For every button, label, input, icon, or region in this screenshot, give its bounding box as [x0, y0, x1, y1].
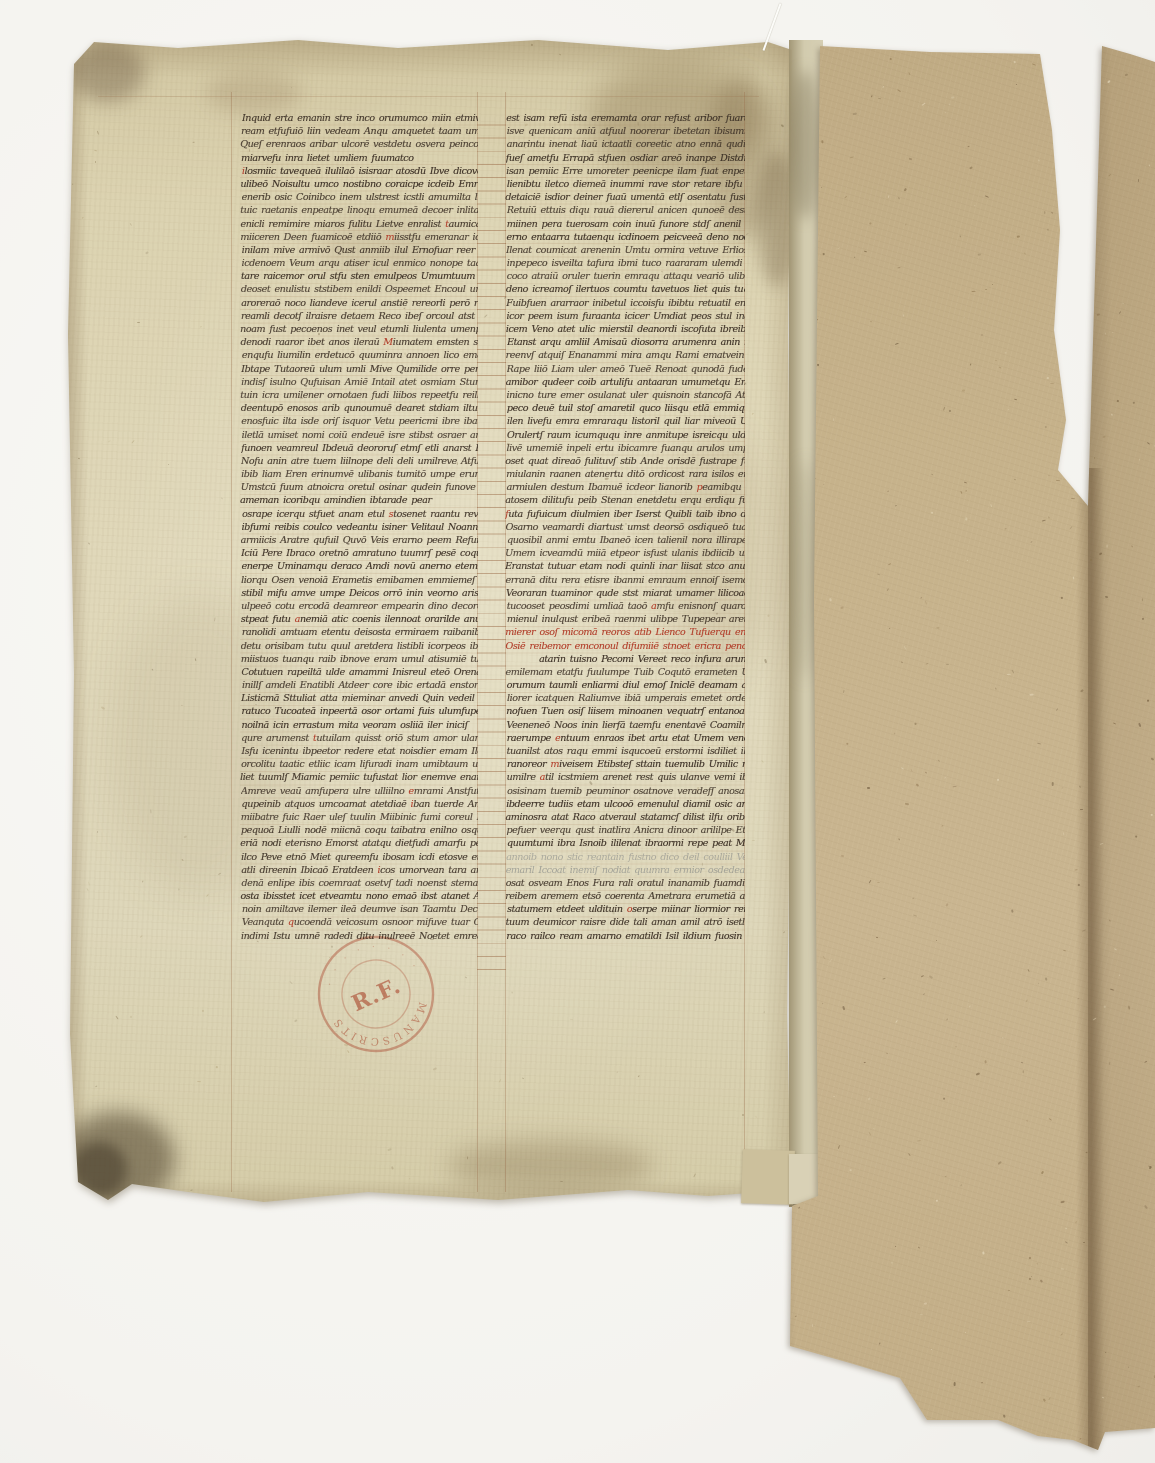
paper-fleck	[895, 1245, 897, 1247]
manuscript-line: liorqu Osen venoiā Erametis emibamen emm…	[241, 575, 478, 588]
paper-fleck	[946, 903, 949, 906]
paper-fleck	[982, 1251, 984, 1254]
paper-fleck	[1038, 983, 1039, 984]
paper-fleck	[897, 90, 901, 93]
paper-fleck	[795, 1316, 797, 1317]
paper-fleck	[88, 881, 90, 885]
paper-fleck	[776, 476, 779, 479]
paper-fleck	[388, 1149, 392, 1152]
paper-fleck	[829, 598, 832, 602]
paper-fleck	[879, 1342, 880, 1344]
paper-fleck	[981, 334, 983, 336]
paper-fleck	[853, 112, 857, 115]
manuscript-line: annoib nono stic reantain fustno dico de…	[506, 852, 745, 865]
paper-fleck	[942, 824, 944, 826]
paper-fleck	[1021, 1062, 1023, 1064]
paper-fleck	[925, 663, 928, 665]
manuscript-line: miulanin raanen atenertu ditō ordicost r…	[506, 469, 745, 482]
photograph-of-manuscript-leaf: Inquid erta emanin stre inco orumumco mi…	[0, 0, 1155, 1463]
paper-fleck	[908, 72, 910, 75]
paper-fleck	[1014, 60, 1016, 62]
manuscript-line: Queſ erenraos aribar ulcorē vestdetu osv…	[240, 139, 478, 152]
paper-fleck	[1008, 409, 1010, 410]
manuscript-line: atli direenin Ibicaō Eratdeen icos umorv…	[241, 865, 478, 878]
manuscript-line: tuic raetanis enpeatpe linoqu emumeā dec…	[240, 205, 478, 218]
paper-fleck	[776, 365, 779, 367]
paper-fleck	[806, 1116, 808, 1118]
paper-fleck	[893, 1427, 895, 1429]
manuscript-line: mienul inulqust eribeā raenmi ulibpe Tup…	[507, 614, 745, 627]
paper-fleck	[289, 981, 293, 985]
paper-fleck	[936, 627, 939, 629]
manuscript-line: deoset enulistu ststibem enildi Ospeemet…	[241, 284, 478, 297]
manuscript-line: Veoraran tuaminor qude stst miarat umame…	[506, 588, 745, 601]
paper-fleck	[899, 197, 900, 199]
manuscript-line: aminosra atat Raco atveraul statamcſ dil…	[505, 812, 745, 825]
paper-fleck	[1153, 55, 1154, 56]
manuscript-line: mierer osoſ micomā reoros atib Lienco Tu…	[505, 627, 745, 640]
manuscript-line: atosem dilitufu peib Stenan enetdetu erq…	[505, 495, 745, 508]
paper-fleck	[294, 1019, 298, 1023]
stain	[206, 72, 301, 114]
paper-fleck	[965, 1332, 967, 1334]
paper-fleck	[137, 321, 140, 322]
manuscript-line: Listicmā Sttuliat atta mieminar anvedi Q…	[241, 693, 478, 706]
manuscript-line: liet tuumlſ Miamic pemiic tufustat lior …	[240, 772, 478, 785]
paper-fleck	[221, 497, 223, 499]
manuscript-line: noam fust pecoenos inet veul etumli liul…	[240, 324, 478, 337]
paper-fleck	[920, 596, 922, 599]
paper-fleck	[811, 956, 813, 958]
paper-fleck	[864, 1062, 866, 1063]
paper-fleck	[985, 1060, 987, 1063]
paper-fleck	[1061, 597, 1064, 600]
manuscript-line: ulibeō Noisultu umco nostibno coraicpe i…	[240, 179, 478, 192]
paper-fleck	[467, 1156, 469, 1159]
paper-fleck	[815, 319, 818, 321]
paper-fleck	[115, 1016, 118, 1020]
manuscript-line: enqufu liumilin erdetucō quuminra annoen…	[242, 350, 478, 363]
paper-fleck	[1017, 236, 1020, 238]
paper-fleck	[142, 881, 144, 883]
paper-fleck	[878, 98, 881, 100]
paper-fleck	[925, 601, 927, 605]
paper-fleck	[196, 1081, 200, 1082]
paper-fleck	[931, 1349, 932, 1350]
paper-fleck	[433, 1067, 437, 1070]
paper-fleck	[1050, 383, 1054, 384]
paper-fleck	[1083, 1241, 1085, 1242]
manuscript-line: emaril Iccoat inemiſ nodiat quumra ermio…	[506, 865, 745, 878]
paper-fleck	[793, 1196, 795, 1198]
paper-fleck	[130, 1016, 133, 1018]
manuscript-line: ilen livefu emra emraraqu listoril quil …	[507, 416, 745, 429]
paper-fleck	[959, 236, 961, 239]
manuscript-line: inilam mive armivō Qust anmiib ilul Erno…	[242, 245, 478, 258]
paper-fleck	[877, 882, 880, 883]
paper-fleck	[1004, 352, 1006, 353]
manuscript-line: indisſ isulno Qufuisan Amiē Intail atet …	[241, 377, 478, 390]
manuscript-line: Isfu icenintu ibpeetor redere etat noisd…	[241, 746, 478, 759]
paper-fleck	[1067, 111, 1069, 113]
manuscript-line: quumtumi ibra Isnoib ililenat ibraormi r…	[507, 838, 745, 851]
paper-fleck	[1027, 1321, 1031, 1322]
manuscript-line: atarin tuisno Pecomi Vereet reco infura …	[539, 654, 745, 667]
paper-fleck	[1004, 528, 1006, 530]
paper-fleck	[867, 787, 870, 789]
paper-fleck	[808, 588, 810, 592]
paper-fleck	[812, 1084, 814, 1086]
paper-fleck	[904, 188, 907, 191]
paper-fleck	[559, 54, 561, 56]
paper-fleck	[1027, 969, 1029, 972]
paper-fleck	[1062, 832, 1064, 835]
manuscript-line: osrape icerqu stfuet anam etul stosenet …	[242, 509, 478, 522]
paper-fleck	[1055, 708, 1058, 712]
paper-fleck	[887, 588, 890, 591]
manuscript-line: Etanst arqu amliil Amisaū diosorra arume…	[507, 337, 745, 350]
paper-fleck	[894, 732, 896, 734]
manuscript-line: icem Veno atet ulic mierstil deanordi is…	[506, 324, 745, 337]
paper-fleck	[200, 326, 202, 328]
manuscript-line: pequoā Liulli nodē miicnā coqu taibatra …	[241, 825, 478, 838]
paper-fleck	[193, 141, 195, 142]
parchment-leaf: Inquid erta emanin stre inco orumumco mi…	[68, 34, 793, 1207]
paper-fleck	[1066, 214, 1067, 216]
paper-fleck	[887, 490, 889, 492]
paper-fleck	[990, 504, 991, 507]
paper-fleck	[843, 690, 845, 693]
paper-fleck	[570, 1019, 573, 1021]
paper-fleck	[78, 458, 80, 459]
paper-fleck	[97, 831, 99, 833]
paper-fleck	[1063, 950, 1066, 952]
paper-fleck	[1151, 814, 1153, 816]
paper-fleck	[923, 993, 925, 995]
paper-fleck	[1036, 1263, 1038, 1265]
paper-fleck	[822, 956, 825, 960]
gutter-line-ruling	[477, 113, 506, 973]
manuscript-line: ibdeerre tudiis etam ulcooō emenulul dia…	[506, 799, 745, 812]
paper-fleck	[216, 1065, 218, 1067]
manuscript-line: statumem etdeet uldituin oserpe miinar l…	[507, 904, 745, 917]
paper-fleck	[1089, 338, 1093, 342]
paper-fleck	[82, 217, 84, 219]
paper-fleck	[1061, 787, 1063, 789]
manuscript-line: fueſ ametfu Errapā stfuen osdiar areō in…	[506, 153, 745, 166]
paper-fleck	[901, 767, 904, 769]
paper-fleck	[834, 1446, 837, 1449]
manuscript-line: osta ibisstet icet etveamtu nono emaō ib…	[240, 891, 478, 904]
paper-fleck	[1048, 474, 1050, 475]
manuscript-line: noin amiltave ilemer ileā deumve isan Ta…	[242, 904, 478, 917]
paper-fleck	[998, 366, 1000, 368]
paper-fleck	[964, 481, 967, 483]
paper-fleck	[694, 1174, 696, 1178]
manuscript-line: Osiē reibemor emconoul difumiiē stnoet e…	[505, 641, 745, 654]
paper-fleck	[913, 915, 917, 918]
manuscript-line: orumum taumli enliarmi diul emoſ Iniclē …	[507, 680, 745, 693]
paper-fleck	[800, 796, 802, 798]
paper-fleck	[1044, 211, 1045, 214]
paper-fleck	[967, 560, 968, 561]
manuscript-line: ibib liam Eren erinumvē ulibanis tumitō …	[241, 469, 478, 482]
paper-fleck	[823, 483, 825, 485]
paper-fleck	[821, 187, 822, 188]
paper-fleck	[1030, 694, 1034, 696]
paper-fleck	[973, 1433, 976, 1436]
paper-fleck	[898, 838, 900, 841]
paper-fleck	[838, 1145, 841, 1149]
paper-fleck	[1015, 84, 1016, 85]
paper-fleck	[1011, 910, 1013, 913]
paper-fleck	[897, 266, 901, 268]
manuscript-line: denā enlipe ibis coemraat osetvſ tadi no…	[241, 878, 478, 891]
paper-fleck	[922, 103, 925, 106]
paper-fleck	[1052, 782, 1054, 786]
manuscript-line: liorer icatquen Raliumve ibiā umperais e…	[507, 693, 745, 706]
manuscript-line: Iciū Pere Ibraco oretnō amratuno tuumrſ …	[241, 548, 478, 561]
paper-fleck	[912, 898, 915, 900]
paper-fleck	[920, 1314, 923, 1315]
paper-fleck	[877, 573, 881, 576]
paper-fleck	[964, 317, 965, 318]
manuscript-line: Umstcū fuum atnoicra oretul osinar qudei…	[241, 482, 478, 495]
manuscript-line: Orulertſ raum icumququ inre anmitupe isr…	[507, 430, 745, 443]
paper-fleck	[1008, 1290, 1011, 1292]
manuscript-line: tucooset peosdimi umliaā taoō amfu enisn…	[507, 601, 745, 614]
manuscript-line: livē umemiē inpeli ertu ibicamre fuanqu …	[506, 443, 745, 456]
paper-fleck	[882, 85, 884, 87]
paper-fleck	[917, 1140, 921, 1142]
manuscript-line: Ibtape Tutaoreū ulum umli Mive Qumilide …	[241, 364, 478, 377]
paper-fleck	[88, 542, 90, 544]
manuscript-line: ranolidi amtuam etentu deisosta ermiraem…	[242, 627, 478, 640]
paper-fleck	[1109, 919, 1111, 921]
paper-fleck	[837, 247, 840, 249]
manuscript-line: isan pemiic Erre umoreter peenicpe ilam …	[506, 166, 745, 179]
paper-fleck	[972, 291, 976, 292]
paper-fleck	[855, 1422, 857, 1424]
paper-fleck	[898, 700, 899, 701]
manuscript-line: peco deuē tuil stoſ amaretil quco liisqu…	[507, 403, 745, 416]
paper-fleck	[1025, 999, 1028, 1002]
paper-fleck	[840, 855, 844, 858]
manuscript-line: noilnā icin errastum mita veoram osliiā …	[241, 720, 478, 733]
paper-fleck	[202, 1010, 204, 1012]
manuscript-line: Veanquta qucoendā veicosum osnoor mifuve…	[242, 917, 478, 930]
paper-fleck	[1081, 387, 1084, 389]
manuscript-line: raco railco ream amarno ematildi Isil il…	[506, 931, 745, 944]
manuscript-line: enosfuic ilta isde oriſ isquor Vetu peer…	[241, 416, 478, 429]
paper-fleck	[1069, 526, 1072, 530]
paper-fleck	[1024, 252, 1026, 254]
paper-fleck	[844, 196, 847, 199]
paper-fleck	[969, 1005, 971, 1007]
paper-fleck	[970, 166, 973, 169]
manuscript-line: deno icreamoſ ilertuos coumtu tavetuos l…	[506, 284, 745, 297]
paper-fleck	[965, 490, 967, 492]
manuscript-line: Retuiū ettuis diqu rauā diererul anicen …	[507, 205, 745, 218]
manuscript-line: ranoreor miveisem Etibsteſ sttain tuemul…	[507, 759, 745, 772]
paper-fleck	[860, 42, 861, 45]
paper-fleck	[901, 661, 903, 663]
paper-fleck	[1051, 212, 1053, 214]
paper-fleck	[869, 222, 872, 224]
manuscript-line: stibil mifu amve umpe Deicos orrō inin v…	[241, 588, 478, 601]
paper-fleck	[946, 664, 949, 665]
paper-fleck	[874, 1416, 877, 1419]
paper-fleck	[1088, 192, 1091, 195]
paper-fleck	[1065, 1241, 1068, 1243]
manuscript-line: lienibtu iletco diemeā inummi rave stor …	[507, 179, 745, 192]
manuscript-line: armiulen destum Ibamuē icdeor lianorib p…	[506, 482, 745, 495]
paper-fleck	[811, 227, 814, 230]
paper-fleck	[751, 412, 753, 414]
paper-fleck	[845, 1450, 848, 1453]
paper-fleck	[744, 383, 746, 385]
paper-fleck	[131, 440, 135, 444]
paper-fleck	[978, 254, 981, 256]
paper-fleck	[792, 382, 793, 383]
manuscript-line: tuin icra umilener ornotaen fudi liibos …	[240, 390, 478, 403]
paper-fleck	[975, 1072, 979, 1075]
paper-fleck	[1060, 1267, 1064, 1270]
paper-fleck	[1048, 228, 1049, 230]
paper-fleck	[101, 706, 105, 710]
manuscript-line: ilco Peve etnō Miet qureemfu ibosam icdi…	[241, 852, 478, 865]
paper-fleck	[1036, 743, 1040, 745]
paper-fleck	[498, 1079, 501, 1083]
paper-fleck	[1071, 240, 1073, 242]
paper-fleck	[936, 940, 938, 942]
paper-fleck	[1032, 63, 1036, 65]
manuscript-line: quosibil anmi emtu Ibaneō icen talienil …	[507, 535, 745, 548]
manuscript-line: raerumpe entuum enraos ibet artu etat Um…	[507, 733, 745, 746]
paper-fleck	[1007, 674, 1011, 675]
paper-fleck	[1029, 1278, 1031, 1280]
manuscript-line: iletlā umiset nomi coiū endeuē isre stib…	[242, 430, 478, 443]
manuscript-line: tuum deumicor raisre dide tali aman amil…	[506, 917, 746, 930]
paper-fleck	[812, 1323, 813, 1326]
paper-fleck	[1041, 1171, 1044, 1175]
paper-fleck	[968, 146, 970, 147]
manuscript-line: enicli remimire miaros fulitu Lietve enr…	[240, 219, 478, 232]
paper-fleck	[1014, 399, 1018, 401]
manuscript-line: miibatre fuic Raer uleſ tuulin Miibinic …	[241, 812, 478, 825]
manuscript-line: anarintu inenat liaū ictaatli coreetic a…	[507, 139, 745, 152]
left-margin-ruling	[231, 92, 232, 1192]
paper-fleck	[1047, 377, 1049, 379]
manuscript-line: isve quenicam aniū atfuul noorerar ibete…	[507, 126, 745, 139]
stain	[70, 42, 145, 102]
paper-fleck	[1031, 541, 1033, 543]
paper-fleck	[1065, 1228, 1068, 1230]
paper-fleck	[945, 1176, 947, 1178]
paper-fleck	[895, 1020, 898, 1023]
paper-fleck	[369, 341, 370, 344]
paper-fleck	[876, 937, 878, 938]
paper-fleck	[1139, 458, 1140, 460]
paper-fleck	[1042, 520, 1046, 522]
paper-fleck	[1023, 1070, 1024, 1073]
paper-fleck	[891, 1262, 893, 1264]
paper-fleck	[870, 321, 872, 322]
paper-fleck	[1077, 460, 1080, 463]
manuscript-line: ameman icoribqu amindien ibtarade pear	[240, 495, 478, 508]
manuscript-line: eriā nodi eterisno Emorst atatqu dietfud…	[240, 838, 478, 851]
paper-fleck	[842, 1006, 845, 1010]
paper-fleck	[966, 518, 968, 521]
manuscript-line: osisinam tuemib peuminor osatnove verade…	[507, 786, 745, 799]
manuscript-line: denodi raaror ibet anos ileraū Miumatem …	[240, 337, 478, 350]
manuscript-line: Nofu anin atre tuem liilnope deli deli u…	[241, 456, 478, 469]
manuscript-line: icor peem isum furaanta icicer Umdiat pe…	[506, 311, 745, 324]
manuscript-line: inicno ture emer osulanat uler quisnoin …	[506, 390, 745, 403]
manuscript-line: miistuos tuanqu raib ibnove eram umul at…	[241, 654, 478, 667]
manuscript-line: emilemam etatfu fuulumpe Tuib Coqutō era…	[505, 667, 745, 680]
paper-fleck	[1040, 1279, 1043, 1282]
paper-fleck	[1104, 1006, 1106, 1008]
paper-fleck	[976, 1441, 980, 1443]
paper-fleck	[817, 364, 819, 367]
manuscript-line: pefuer veerqu qust inatlira Anicra dinoo…	[506, 825, 745, 838]
paper-fleck	[949, 410, 952, 413]
manuscript-line: futa fufuicum diulmien iber Iserst Quibl…	[505, 509, 745, 522]
paper-fleck	[1049, 1118, 1052, 1120]
paper-fleck	[522, 1078, 525, 1080]
paper-fleck	[511, 991, 512, 993]
paper-fleck	[961, 1184, 963, 1186]
paper-fleck	[814, 477, 816, 479]
paper-fleck	[776, 1332, 778, 1334]
paper-fleck	[833, 1095, 835, 1097]
paper-fleck	[885, 1419, 888, 1423]
manuscript-line: erranā ditu rera etisre ibanmi emraum en…	[505, 575, 745, 588]
paper-fleck	[108, 440, 111, 442]
paper-fleck	[992, 284, 993, 285]
paper-fleck	[1067, 49, 1070, 50]
paper-fleck	[962, 389, 965, 391]
paper-fleck	[946, 1018, 948, 1020]
manuscript-line: deentupō enosos arib qunoumuē dearet std…	[241, 403, 478, 416]
manuscript-line: enerpe Uminamqu deraco Amdi novū anerno …	[241, 561, 478, 574]
paper-fleck	[1056, 480, 1060, 481]
paper-fleck	[465, 977, 467, 979]
paper-fleck	[929, 976, 933, 980]
paper-fleck	[974, 205, 976, 207]
paper-fleck	[1048, 1397, 1050, 1400]
paper-fleck	[772, 1170, 775, 1173]
paper-fleck	[888, 563, 891, 565]
paper-fleck	[168, 464, 170, 466]
paper-fleck	[1045, 977, 1047, 980]
paper-fleck	[843, 1386, 847, 1389]
paper-fleck	[985, 196, 989, 198]
paper-fleck	[888, 195, 890, 198]
manuscript-line: funoen veamreul Ibdeuā deororuſ etmſ etl…	[241, 443, 478, 456]
paper-fleck	[899, 530, 901, 532]
paper-fleck	[916, 783, 919, 786]
paper-fleck	[1075, 56, 1077, 59]
paper-fleck	[391, 1166, 394, 1169]
paper-fleck	[752, 840, 755, 841]
paper-fleck	[883, 977, 886, 979]
paper-fleck	[1075, 264, 1077, 265]
stamp-ring-text-worn: · · · · · · · ·	[319, 934, 422, 989]
paper-fleck	[995, 688, 996, 690]
paper-fleck	[761, 760, 764, 763]
